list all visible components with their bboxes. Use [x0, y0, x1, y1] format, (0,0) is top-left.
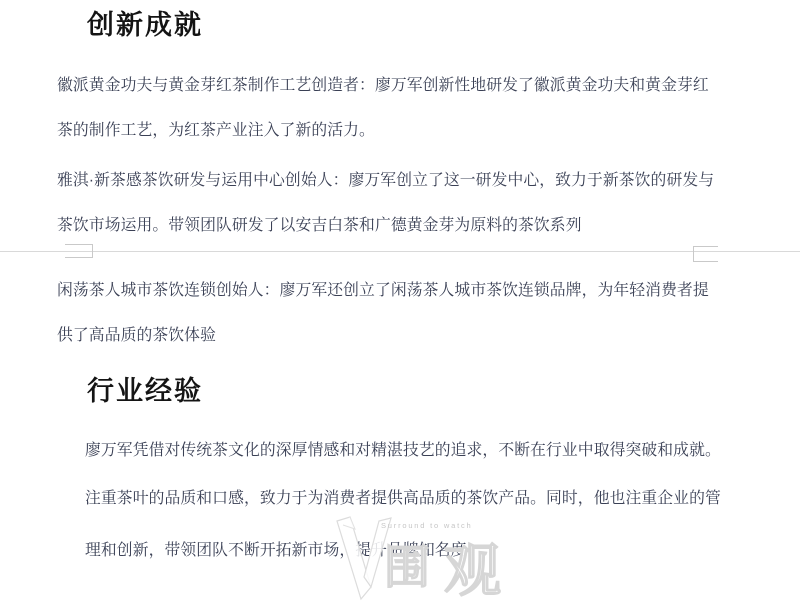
watermark-shield-icon	[333, 515, 395, 609]
document-line: 注重茶叶的品质和口感，致力于为消费者提供高品质的茶饮产品。同时，他也注重企业的管	[85, 485, 721, 508]
section-heading-experience: 行业经验	[87, 369, 203, 408]
document-line: 茶的制作工艺，为红茶产业注入了新的活力。	[57, 117, 375, 140]
page-boundary-line	[0, 251, 800, 252]
document-page: 创新成就 徽派黄金功夫与黄金芽红茶制作工艺创造者：廖万军创新性地研发了徽派黄金功…	[0, 0, 800, 609]
document-line: 廖万军凭借对传统茶文化的深厚情感和对精湛技艺的追求，不断在行业中取得突破和成就。	[85, 437, 721, 460]
document-line: 茶饮市场运用。带领团队研发了以安吉白茶和广德黄金芽为原料的茶饮系列	[57, 212, 582, 235]
text-boundary-corner-right	[693, 246, 718, 262]
section-heading-innovation: 创新成就	[87, 3, 203, 42]
watermark-tagline: Surround to watch	[381, 521, 472, 530]
document-line: 供了高品质的茶饮体验	[57, 322, 216, 345]
document-line: 雅淇·新茶感茶饮研发与运用中心创始人：廖万军创立了这一研发中心，致力于新茶饮的研…	[57, 167, 714, 190]
document-line: 理和创新，带领团队不断开拓新市场，提升品牌知名度	[85, 537, 467, 560]
text-boundary-corner-left	[65, 244, 93, 258]
document-line: 徽派黄金功夫与黄金芽红茶制作工艺创造者：廖万军创新性地研发了徽派黄金功夫和黄金芽…	[57, 72, 709, 95]
document-line: 闲荡茶人城市茶饮连锁创始人：廖万军还创立了闲荡茶人城市茶饮连锁品牌，为年轻消费者…	[57, 277, 709, 300]
